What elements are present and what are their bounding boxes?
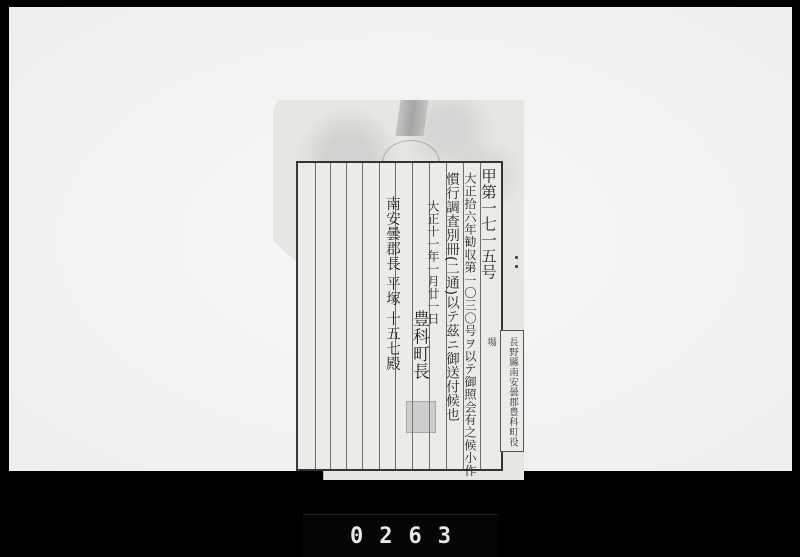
date-line: 大正十一年一月廿一日 — [425, 200, 441, 325]
envelope-label-strip — [395, 100, 428, 136]
body-line-1: 大正拾六年勧収第一〇三〇号ヲ以テ御照会有之候小作 — [462, 172, 478, 477]
rule-line — [346, 163, 347, 469]
punch-marks — [515, 256, 518, 272]
reference-number: 甲第一七一五号 — [479, 168, 497, 280]
frame-number: 0263 — [334, 524, 467, 549]
recipient-line: 南安曇郡長 平塚 十五七殿 — [383, 196, 400, 371]
frame-number-bar: 0263 — [303, 514, 498, 557]
sender-line: 豊科町長 — [410, 310, 428, 380]
margin-stamp-box: 長野縣南安曇郡豊科町役場 — [500, 330, 524, 452]
rule-line — [379, 163, 380, 469]
office-stamp-text: 長野縣南安曇郡豊科町役場 — [501, 337, 523, 451]
body-line-2: 慣行調査別冊(二通)以テ茲ニ御送付候也 — [443, 172, 459, 422]
official-seal — [406, 401, 436, 433]
rule-line — [362, 163, 363, 469]
rule-line — [315, 163, 316, 469]
rule-line — [330, 163, 331, 469]
